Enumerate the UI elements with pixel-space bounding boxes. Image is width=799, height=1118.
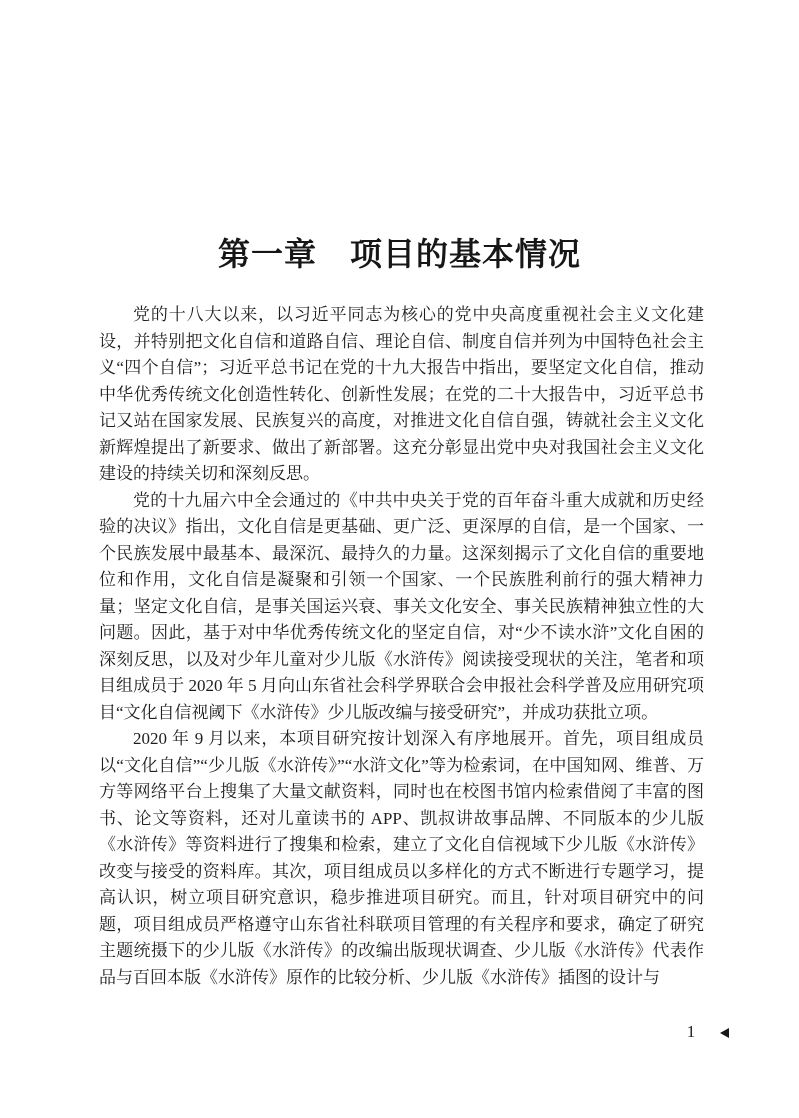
body-paragraph: 党的十九届六中全会通过的《中共中央关于党的百年奋斗重大成就和历史经验的决议》指出… xyxy=(99,488,704,727)
left-triangle-icon xyxy=(720,1028,729,1038)
chapter-title: 第一章 项目的基本情况 xyxy=(0,233,799,275)
page-footer: 1 xyxy=(0,1022,799,1046)
body-paragraph: 2020 年 9 月以来，本项目研究按计划深入有序地展开。首先，项目组成员以“文… xyxy=(99,726,704,991)
body-paragraph: 党的十八大以来，以习近平同志为核心的党中央高度重视社会主义文化建设，并特别把文化… xyxy=(99,302,704,488)
book-page: 第一章 项目的基本情况 党的十八大以来，以习近平同志为核心的党中央高度重视社会主… xyxy=(0,0,799,1118)
page-number: 1 xyxy=(684,1022,698,1042)
body-text-column: 党的十八大以来，以习近平同志为核心的党中央高度重视社会主义文化建设，并特别把文化… xyxy=(99,302,704,991)
